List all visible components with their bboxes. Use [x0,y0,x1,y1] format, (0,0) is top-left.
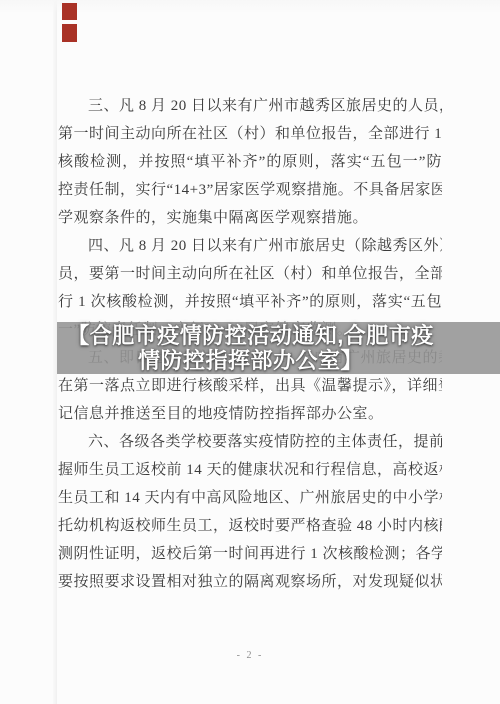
overlay-title-text: 【合肥市疫情防控活动通知,合肥市疫 情防控指挥部办公室】 [29,323,472,373]
red-letterhead-mark-bottom [62,24,77,42]
red-letterhead-mark-top [62,3,77,20]
document-line: 学观察条件的，实施集中隔离医学观察措施。 [58,204,442,232]
document-line: 员，要第一时间主动向所在社区（村）和单位报告，全部进 [58,260,442,288]
overlay-title-line-2: 情防控指挥部办公室】 [29,348,472,373]
document-line: 六、各级各类学校要落实疫情防控的主体责任，提前掌 [58,428,442,456]
document-line: 第一时间主动向所在社区（村）和单位报告，全部进行 1 次 [58,120,442,148]
document-line: 核酸检测，并按照“填平补齐”的原则，落实“五包一”防 [58,148,442,176]
overlay-title-banner: 【合肥市疫情防控活动通知,合肥市疫 情防控指挥部办公室】 [57,322,500,374]
document-line: 四、凡 8 月 20 日以来有广州市旅居史（除越秀区外）的人 [58,232,442,260]
document-line: 握师生员工返校前 14 天的健康状况和行程信息，高校返校师 [58,456,442,484]
document-line: 生员工和 14 天内有中高风险地区、广州旅居史的中小学校、 [58,484,442,512]
document-line: 测阴性证明，返校后第一时间再进行 1 次核酸检测；各学校 [58,540,442,568]
document-line: 三、凡 8 月 20 日以来有广州市越秀区旅居史的人员，要 [58,92,442,120]
document-line: 控责任制，实行“14+3”居家医学观察措施。不具备居家医 [58,176,442,204]
document-line: 记信息并推送至目的地疫情防控指挥部办公室。 [58,400,442,428]
overlay-title-line-1: 【合肥市疫情防控活动通知,合肥市疫 [29,323,472,348]
document-line: 托幼机构返校师生员工，返校时要严格查验 48 小时内核酸检 [58,512,442,540]
page-number: - 2 - [0,650,500,661]
document-line: 在第一落点立即进行核酸采样，出具《温馨提示》，详细登 [58,372,442,400]
document-line: 行 1 次核酸检测，并按照“填平补齐”的原则，落实“五包 [58,288,442,316]
document-line: 要按照要求设置相对独立的隔离观察场所，对发现疑似状况 [58,568,442,596]
